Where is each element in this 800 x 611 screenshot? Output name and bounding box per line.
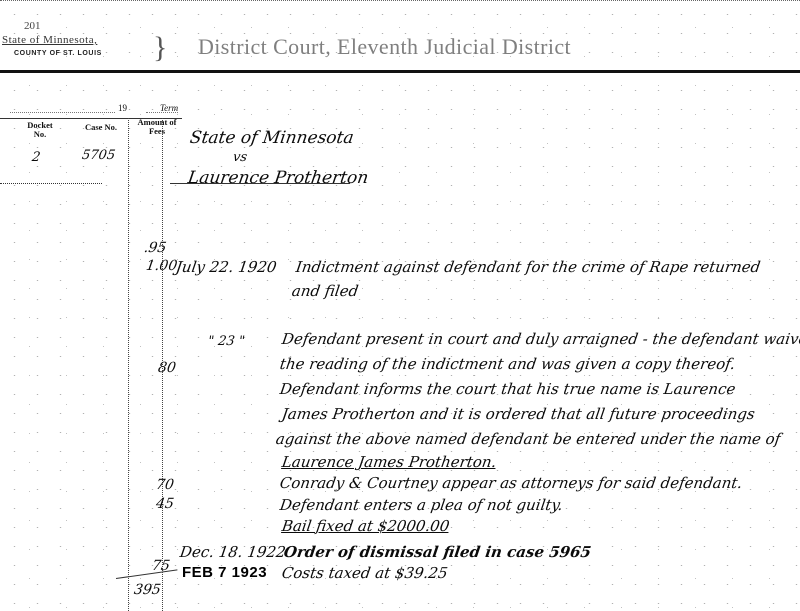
amount-of-fees-header: Amount of Fees <box>132 118 182 136</box>
case-number: 5705 <box>81 148 116 163</box>
entry-text: Defendant enters a plea of not guilty. <box>279 496 564 514</box>
plaintiff-name: State of Minnesota <box>189 128 355 148</box>
county-label: COUNTY OF ST. LOUIS <box>14 50 102 57</box>
court-title: District Court, Eleventh Judicial Distri… <box>198 34 571 60</box>
header-brace: } <box>153 33 167 63</box>
fee-total: 395 <box>133 582 162 598</box>
fee-sum-line <box>116 569 178 579</box>
entry-text: Conrady & Courtney appear as attorneys f… <box>279 474 744 492</box>
case-no-header: Case No. <box>76 123 126 132</box>
entry-text: Laurence James Protherton. <box>281 453 498 471</box>
versus-label: vs <box>232 150 248 165</box>
fee-amount: 80 <box>157 360 177 376</box>
form-number: 201 <box>24 20 41 32</box>
term-label: Term <box>160 103 178 113</box>
entry-text: and filed <box>291 282 360 300</box>
entry-text: Costs taxed at $39.25 <box>281 564 449 582</box>
case-row-rule <box>0 183 102 184</box>
fee-amount: .95 <box>143 240 168 256</box>
entry-text: James Protherton and it is ordered that … <box>281 405 756 423</box>
docket-no-header: Docket No. <box>20 121 60 139</box>
entry-text: Defendant present in court and duly arra… <box>281 330 800 348</box>
entry-text: the reading of the indictment and was gi… <box>279 355 737 373</box>
entry-date: Dec. 18. 1922 <box>179 543 287 561</box>
state-label: State of Minnesota, <box>2 34 97 46</box>
entry-text: Defendant informs the court that his tru… <box>279 380 737 398</box>
entry-text: Indictment against defendant for the cri… <box>295 258 762 276</box>
date-stamp: FEB 7 1923 <box>182 564 267 581</box>
docket-number: 2 <box>31 150 41 165</box>
header-rule <box>0 70 800 73</box>
entry-text: against the above named defendant be ent… <box>275 430 782 448</box>
year-line <box>10 112 115 113</box>
top-dotted-rule <box>0 0 800 2</box>
entry-date: July 22. 1920 <box>175 258 278 276</box>
fee-amount: 70 <box>155 477 175 493</box>
entry-date: " 23 " <box>207 334 246 349</box>
fee-amount: 45 <box>155 496 175 512</box>
year-prefix: 19 <box>118 103 127 113</box>
column-divider-1 <box>128 118 129 611</box>
entry-text: Bail fixed at $2000.00 <box>281 517 451 535</box>
fee-amount: 1.00 <box>145 258 178 274</box>
defendant-underline <box>170 183 350 184</box>
defendant-name: Laurence Protherton <box>187 168 370 188</box>
entry-text: Order of dismissal filed in case 5965 <box>283 543 593 561</box>
